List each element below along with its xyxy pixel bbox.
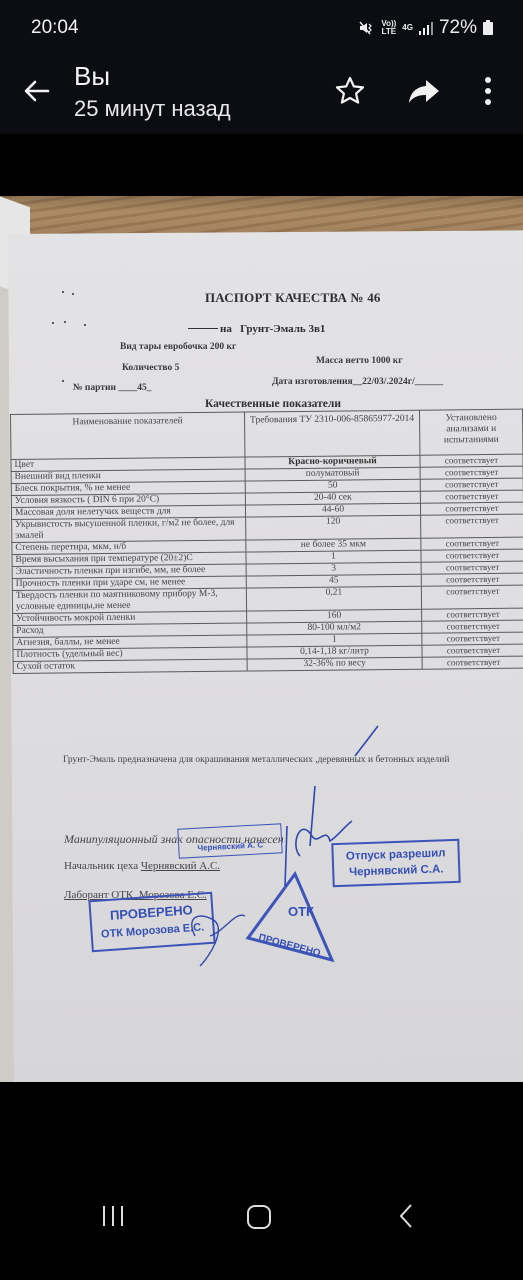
requirement-value: 0,21 xyxy=(246,586,421,611)
attached-photo[interactable]: ПАСПОРТ КАЧЕСТВА № 46 на Грунт-Эмаль 3в1… xyxy=(0,196,523,1082)
usage-note: Грунт-Эмаль предназначена для окрашивани… xyxy=(63,754,523,767)
result-value: соответствует xyxy=(421,514,523,538)
result-value: соответствует xyxy=(420,466,523,479)
table-header-row: Наименование показателей Требования ТУ 2… xyxy=(11,409,523,459)
requirement-value: 120 xyxy=(246,515,421,540)
svg-text:ОТК: ОТК xyxy=(288,904,314,919)
result-value: соответствует xyxy=(420,490,523,503)
release-stamp: Отпуск разрешил Чернявский С.А. xyxy=(331,839,460,887)
quantity: Количество 5 xyxy=(122,363,179,373)
status-icons: Vo))LTE 4G 72% xyxy=(359,17,493,39)
sent-time: 25 минут назад xyxy=(74,96,231,122)
quality-passport-document: ПАСПОРТ КАЧЕСТВА № 46 на Грунт-Эмаль 3в1… xyxy=(0,196,523,1082)
chief-name: Чернявский А.С. xyxy=(141,860,220,872)
requirement-value: 32-36% по весу xyxy=(247,657,422,671)
status-time: 20:04 xyxy=(31,17,79,39)
batch-number: № партии ____45_ xyxy=(73,383,152,393)
home-icon[interactable] xyxy=(246,1204,272,1230)
result-value: соответствует xyxy=(420,502,523,515)
status-bar: 20:04 Vo))LTE 4G 72% xyxy=(0,0,523,56)
nav-back-icon[interactable] xyxy=(396,1202,416,1230)
mute-icon xyxy=(359,21,375,35)
volte-icon: Vo))LTE xyxy=(381,20,396,36)
header-indicator: Наименование показателей xyxy=(11,412,245,459)
chief-signature-line: Начальник цеха Чернявский А.С. xyxy=(64,860,220,872)
result-value: соответствует xyxy=(422,620,523,633)
app-bar: Вы 25 минут назад xyxy=(0,56,523,134)
sender-title: Вы xyxy=(74,61,110,92)
otk-triangle-stamp: ОТК ПРОВЕРЕНО xyxy=(240,868,340,968)
result-value: соответствует xyxy=(422,608,523,621)
result-value: соответствует xyxy=(421,537,523,550)
result-value: соответствует xyxy=(420,478,523,491)
recent-apps-icon[interactable] xyxy=(100,1204,126,1228)
signal-icon xyxy=(419,22,433,35)
battery-charging-icon xyxy=(483,22,493,35)
header-requirements: Требования ТУ 2310-006-85865977-2014 xyxy=(244,410,419,457)
more-icon[interactable] xyxy=(476,72,500,110)
release-stamp-line2: Чернявский С.А. xyxy=(334,861,458,881)
net-mass: Масса нетто 1000 кг xyxy=(316,356,403,366)
result-value: соответствует xyxy=(421,549,523,562)
indicator-name: Укрывистость высушенной пленки, г/м2 не … xyxy=(12,517,246,542)
indicator-name: Сухой остаток xyxy=(13,659,247,673)
result-value: соответствует xyxy=(421,561,523,574)
product-name: на Грунт-Эмаль 3в1 xyxy=(188,323,325,335)
result-value: соответствует xyxy=(422,656,523,669)
name-stamp: Чернявский А. С xyxy=(177,823,282,858)
back-icon[interactable] xyxy=(20,74,54,108)
quality-table: Наименование показателей Требования ТУ 2… xyxy=(10,409,523,674)
result-value: соответствует xyxy=(421,573,523,586)
svg-text:ПРОВЕРЕНО: ПРОВЕРЕНО xyxy=(257,932,322,959)
system-nav-bar xyxy=(0,1180,523,1280)
chief-label: Начальник цеха xyxy=(64,860,138,872)
result-value: соответствует xyxy=(421,585,523,609)
star-icon[interactable] xyxy=(333,74,367,108)
indicator-name: Твердость пленки по маятниковому прибору… xyxy=(12,588,246,613)
4g-icon: 4G xyxy=(402,24,413,32)
result-value: соответствует xyxy=(422,644,523,657)
section-title: Качественные показатели xyxy=(205,398,341,410)
manufacture-date: Дата изготовления__22/03/.2024г/______ xyxy=(272,377,443,387)
product-value: Грунт-Эмаль 3в1 xyxy=(240,323,325,335)
header-result: Установлено анализами и испытаниями xyxy=(419,409,522,455)
checked-stamp: ПРОВЕРЕНО ОТК Морозова Е.С. xyxy=(88,892,215,953)
result-value: соответствует xyxy=(422,632,523,645)
container-type: Вид тары евробочка 200 кг xyxy=(120,342,236,352)
product-prefix: на xyxy=(220,323,232,335)
battery-percent: 72% xyxy=(439,17,477,39)
document-title: ПАСПОРТ КАЧЕСТВА № 46 xyxy=(205,290,381,306)
result-value: соответствует xyxy=(420,454,523,467)
share-icon[interactable] xyxy=(406,74,442,108)
